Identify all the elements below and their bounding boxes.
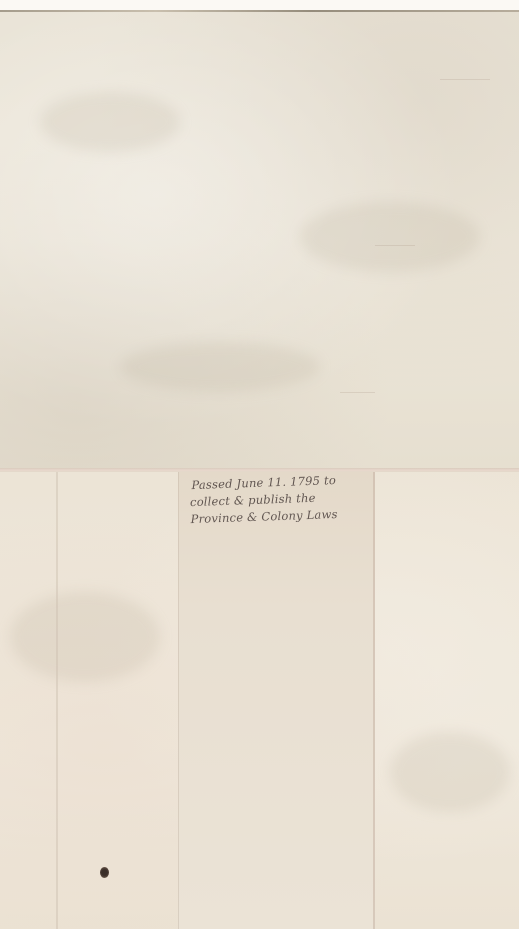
bleed-through-mark (440, 79, 490, 80)
upper-fold-panel (0, 12, 519, 470)
paper-stain (390, 732, 510, 812)
paper-stain (10, 592, 160, 682)
ink-blot (100, 867, 109, 878)
paper-stain (300, 202, 480, 272)
docket-endorsement: Passed June 11. 1795 to collect & publis… (189, 471, 371, 528)
bleed-through-mark (340, 392, 375, 393)
docket-panel (178, 472, 375, 929)
paper-stain (40, 92, 180, 152)
vertical-crease (56, 472, 58, 929)
paper-stain (120, 342, 320, 392)
bleed-through-mark (375, 245, 415, 246)
